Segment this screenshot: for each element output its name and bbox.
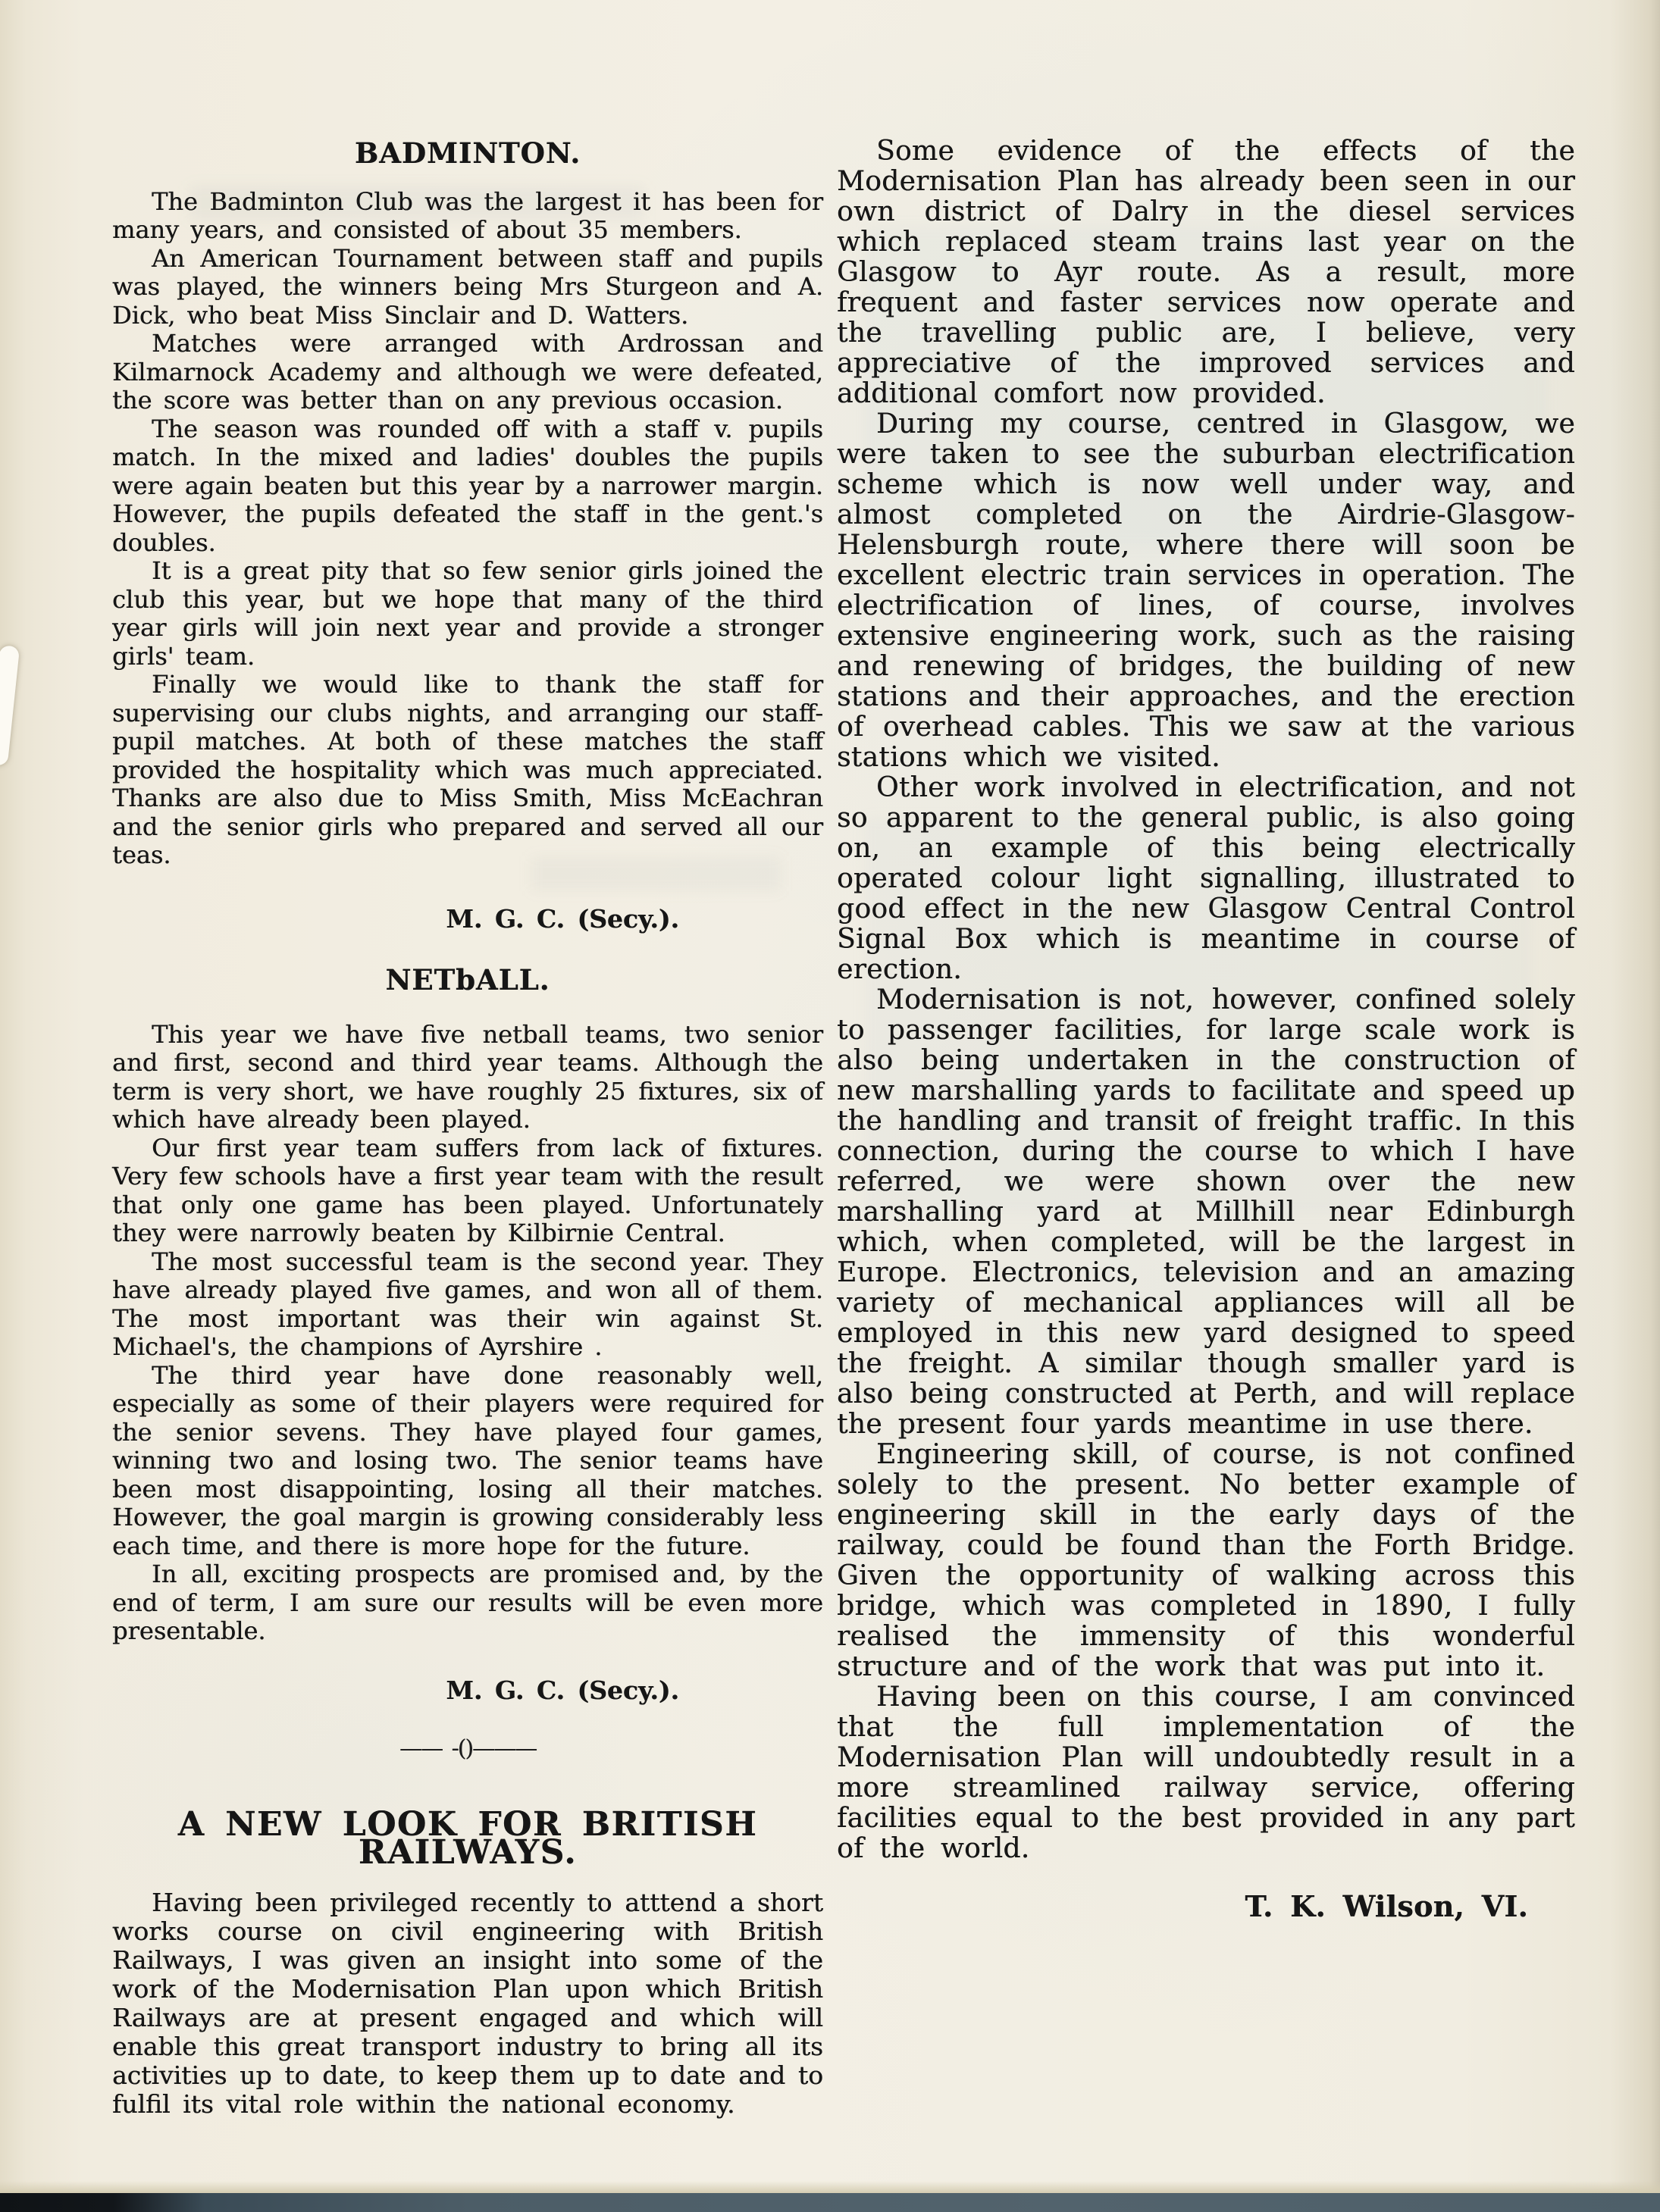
railways-paragraph: Some evidence of the effects of the Mode… [837, 136, 1575, 409]
railways-paragraph: During my course, centred in Glasgow, we… [837, 409, 1575, 773]
netball-signature: M. G. C. (Secy.). [112, 1676, 823, 1705]
netball-heading: NETbALL. [112, 966, 823, 995]
railways-paragraph: Having been privileged recently to attte… [112, 1888, 823, 2119]
railways-paragraph: Having been on this course, I am convinc… [837, 1682, 1575, 1864]
badminton-heading: BADMINTON. [112, 139, 823, 168]
right-column: Some evidence of the effects of the Mode… [837, 136, 1575, 1922]
railways-paragraph: Modernisation is not, however, confined … [837, 985, 1575, 1440]
section-divider: —— -()——— [112, 1735, 823, 1763]
page-tear-mark [0, 645, 20, 766]
netball-paragraph: The third year have done reasonably well… [112, 1362, 823, 1561]
netball-paragraph: This year we have five netball teams, tw… [112, 1021, 823, 1134]
badminton-paragraph: Finally we would like to thank the staff… [112, 671, 823, 870]
badminton-paragraph: An American Tournament between staff and… [112, 245, 823, 330]
netball-paragraph: The most successful team is the second y… [112, 1248, 823, 1362]
left-column: BADMINTON. The Badminton Club was the la… [112, 136, 823, 2119]
railways-heading: A NEW LOOK FOR BRITISH RAILWAYS. [112, 1810, 823, 1867]
magazine-page: BADMINTON. The Badminton Club was the la… [0, 0, 1660, 2212]
badminton-paragraph: The season was rounded off with a staff … [112, 415, 823, 558]
badminton-paragraph: Matches were arranged with Ardrossan and… [112, 330, 823, 415]
netball-paragraph: Our first year team suffers from lack of… [112, 1134, 823, 1248]
badminton-signature: M. G. C. (Secy.). [112, 905, 823, 934]
author-signature: T. K. Wilson, VI. [837, 1891, 1575, 1922]
railways-paragraph: Other work involved in electrification, … [837, 773, 1575, 985]
railways-paragraph: Engineering skill, of course, is not con… [837, 1440, 1575, 1682]
page-bottom-shadow [0, 2181, 1660, 2193]
badminton-paragraph: It is a great pity that so few senior gi… [112, 557, 823, 671]
scan-bottom-band [0, 2193, 1660, 2212]
badminton-paragraph: The Badminton Club was the largest it ha… [112, 188, 823, 245]
netball-paragraph: In all, exciting prospects are promised … [112, 1560, 823, 1646]
